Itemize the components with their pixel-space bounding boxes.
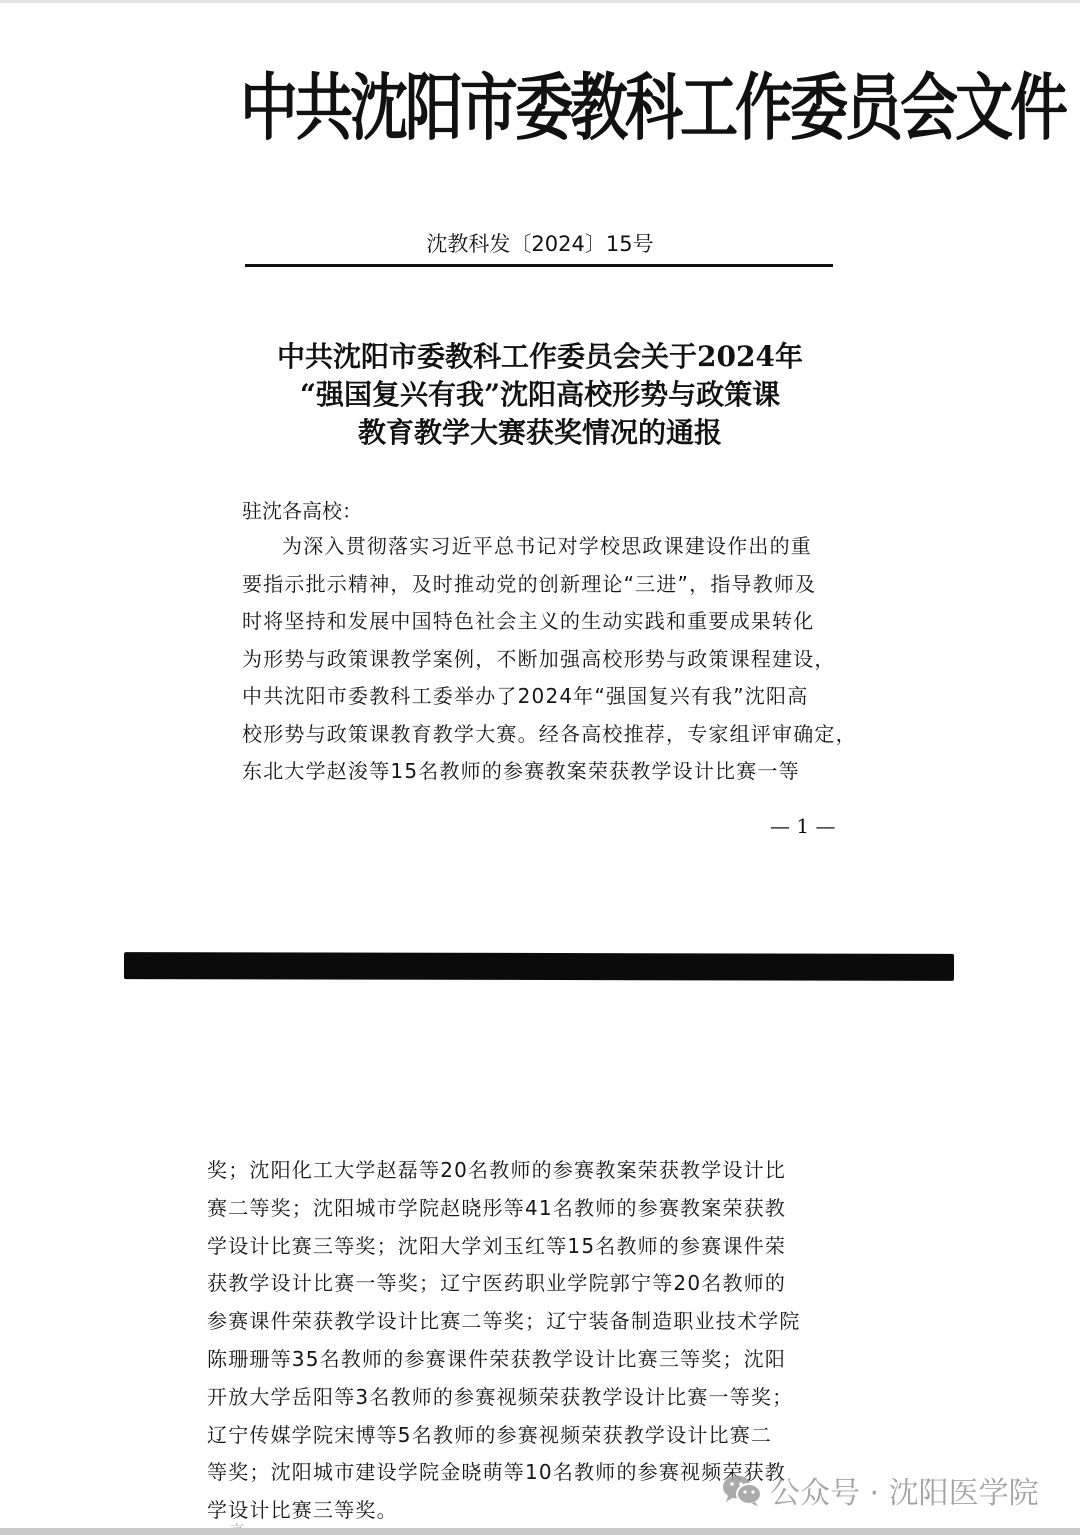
header-divider	[245, 264, 833, 267]
notice-title-line: 中共沈阳市委教科工作委员会关于2024年	[230, 338, 850, 376]
wechat-icon	[722, 1474, 762, 1506]
bottom-edge-strip	[0, 1528, 1080, 1535]
top-edge-strip	[0, 0, 1080, 3]
notice-title-line: “强国复兴有我”沈阳高校形势与政策课	[230, 376, 850, 414]
next-page-text-fragment: 言	[230, 1520, 380, 1528]
body-line: 为形势与政策课教学案例，不断加强高校形势与政策课程建设，	[242, 641, 847, 679]
body-line: 校形势与政策课教育教学大赛。经各高校推荐，专家组评审确定，	[242, 716, 847, 754]
body-line: 学设计比赛三等奖；沈阳大学刘玉红等15名教师的参赛课件荣	[207, 1228, 817, 1266]
body-line: 开放大学岳阳等3名教师的参赛视频荣获教学设计比赛一等奖；	[207, 1379, 817, 1417]
body-line: 参赛课件荣获教学设计比赛二等奖；辽宁装备制造职业技术学院	[207, 1303, 817, 1341]
body-line: 为深入贯彻落实习近平总书记对学校思政课建设作出的重	[242, 528, 847, 566]
page-number: — 1 —	[770, 814, 835, 838]
redaction-bar	[124, 952, 954, 981]
body-line: 要指示批示精神，及时推动党的创新理论“三进”，指导教师及	[242, 566, 847, 604]
body-line: 中共沈阳市委教科工委举办了2024年“强国复兴有我”沈阳高	[242, 678, 847, 716]
body-line: 辽宁传媒学院宋博等5名教师的参赛视频荣获教学设计比赛二	[207, 1417, 817, 1455]
page1-body-paragraph: 为深入贯彻落实习近平总书记对学校思政课建设作出的重 要指示批示精神，及时推动党的…	[242, 528, 847, 791]
source-watermark: 公众号 · 沈阳医学院	[722, 1468, 1039, 1512]
body-line: 东北大学赵浚等15名教师的参赛教案荣获教学设计比赛一等	[242, 753, 847, 791]
notice-title: 中共沈阳市委教科工作委员会关于2024年 “强国复兴有我”沈阳高校形势与政策课 …	[230, 338, 850, 452]
body-line: 奖；沈阳化工大学赵磊等20名教师的参赛教案荣获教学设计比	[207, 1152, 817, 1190]
body-line: 陈珊珊等35名教师的参赛课件荣获教学设计比赛三等奖；沈阳	[207, 1341, 817, 1379]
document-number: 沈教科发〔2024〕15号	[240, 230, 840, 258]
document-header-title: 中共沈阳市委教科工作委员会文件	[240, 68, 840, 148]
body-line: 时将坚持和发展中国特色社会主义的生动实践和重要成果转化	[242, 603, 847, 641]
watermark-text: 公众号 · 沈阳医学院	[770, 1468, 1039, 1512]
body-line: 赛二等奖；沈阳城市学院赵晓彤等41名教师的参赛教案荣获教	[207, 1190, 817, 1228]
notice-title-line: 教育教学大赛获奖情况的通报	[230, 414, 850, 452]
body-line: 获教学设计比赛一等奖；辽宁医药职业学院郭宁等20名教师的	[207, 1265, 817, 1303]
salutation: 驻沈各高校：	[242, 496, 362, 526]
